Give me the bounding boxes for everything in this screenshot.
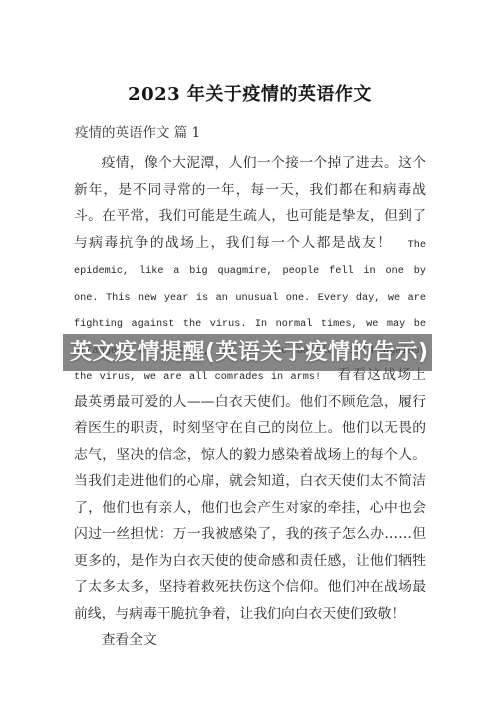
article-line: 了太多太多，坚持着救死扶伤这个信仰。他们冲在战场最 bbox=[74, 574, 426, 601]
section-heading: 疫情的英语作文 篇 1 bbox=[75, 123, 500, 143]
article-page: 2023 年关于疫情的英语作文 疫情的英语作文 篇 1 疫情，像个大泥潭，人们一… bbox=[0, 0, 500, 706]
article-body: 疫情，像个大泥潭，人们一个接一个掉了进去。这个新年，是不同寻常的一年，每一天，我… bbox=[74, 150, 426, 654]
article-line: 志气，坚决的信念，惊人的毅力感染着战场上的每个人。 bbox=[74, 442, 426, 469]
english-text: epidemic, like a big quagmire, people fe… bbox=[74, 265, 426, 277]
article-line: 闪过一丝担忧：万一我被感染了，我的孩子怎么办……但 bbox=[74, 521, 426, 548]
page-title: 2023 年关于疫情的英语作文 bbox=[0, 0, 500, 106]
article-line: 斗。在平常，我们可能是生疏人，也可能是挚友，但到了 bbox=[74, 203, 426, 230]
english-text: the virus, we are all comrades in arms! bbox=[74, 371, 321, 383]
article-line: 当我们走进他们的心扉，就会知道，白衣天使们太不简洁 bbox=[74, 468, 426, 495]
article-line: fighting against the virus. In normal ti… bbox=[74, 309, 426, 336]
article-line: 新年，是不同寻常的一年，每一天，我们都在和病毒战 bbox=[74, 177, 426, 204]
overlay-banner-text: 英文疫情提醒(英语关于疫情的告示) bbox=[63, 334, 429, 371]
article-line: 最英勇最可爱的人——白衣天使们。他们不顾危急，履行 bbox=[74, 389, 426, 416]
article-line: epidemic, like a big quagmire, people fe… bbox=[74, 256, 426, 283]
article-line: 前线，与病毒干脆抗争着，让我们向白衣天使们致敬！ bbox=[74, 601, 426, 628]
article-line: one. This new year is an unusual one. Ev… bbox=[74, 283, 426, 310]
english-text: one. This new year is an unusual one. Ev… bbox=[74, 292, 426, 304]
english-text: The bbox=[408, 239, 426, 251]
article-line: 着医生的职责，时刻坚守在自己的岗位上。他们以无畏的 bbox=[74, 415, 426, 442]
overlay-banner[interactable]: 英文疫情提醒(英语关于疫情的告示) bbox=[63, 334, 432, 371]
article-line: 与病毒抗争的战场上，我们每一个人都是战友！ The bbox=[74, 230, 426, 257]
article-line: 疫情，像个大泥潭，人们一个接一个掉了进去。这个 bbox=[74, 150, 426, 177]
article-line: 更多的，是作为白衣天使的使命感和责任感，让他们牺牲 bbox=[74, 548, 426, 575]
english-text: fighting against the virus. In normal ti… bbox=[74, 318, 426, 330]
article-line: 了，他们也有亲人，他们也会产生对家的牵挂，心中也会 bbox=[74, 495, 426, 522]
view-full-text-link[interactable]: 查看全文 bbox=[102, 627, 157, 654]
